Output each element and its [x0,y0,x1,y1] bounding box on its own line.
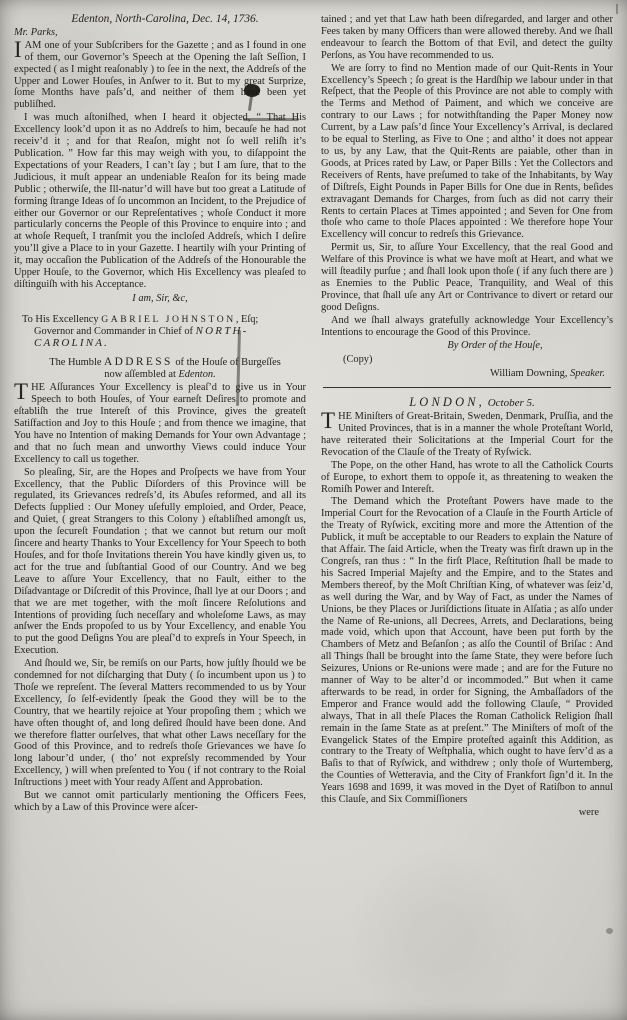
recipient-prefix: To His Excellency [22,314,101,325]
address-continuation-paragraph: We are ſorry to find no Mention made of … [321,63,613,242]
address-word: ADDRESS [104,356,173,368]
news-paragraph: The Pope, on the other Hand, has wrote t… [321,460,613,496]
address-continuation-paragraph: And we ſhall always gratefully acknowled… [321,315,613,339]
london-dateline: LONDON, October 5. [321,397,613,410]
recipient-suffix: , Eſq; [236,314,259,325]
recipient-block: To His Excellency GABRIEL JOHNSTON, Eſq;… [14,314,306,350]
column-left: Edenton, North-Carolina, Dec. 14, 1736. … [14,14,306,820]
letter-paragraph: I was much aſtoniſhed, when I heard it o… [14,112,306,291]
address-continuation-paragraph: tained ; and yet that Law hath been diſr… [321,14,613,62]
recipient-title: Governor and Commander in Chief of [34,326,196,337]
salutation: Mr. Parks, [14,27,306,39]
newspaper-page: Edenton, North-Carolina, Dec. 14, 1736. … [0,0,627,1020]
london-date: October 5. [485,397,535,409]
copy-label: (Copy) [321,354,613,366]
address-continuation-paragraph: Permit us, Sir, to aſſure Your Excellenc… [321,242,613,313]
news-paragraph: The Demand which the Proteſtant Powers h… [321,496,613,806]
catchword: were [321,807,613,819]
signature-title: Speaker. [570,368,605,379]
letter-paragraph: I AM one of your Subſcribers for the Gaz… [14,40,306,111]
address-paragraph: But we cannot omit particularly mentioni… [14,790,306,814]
recipient-place-2: CAROLINA. [34,337,109,349]
address-paragraph: THE Aſſurances Your Excellency is pleaſ’… [14,382,306,465]
address-heading: The Humble ADDRESS of the Houſe of Burge… [14,357,306,381]
london-place: LONDON, [409,395,485,409]
signature-block: By Order of the Houſe, (Copy) William Do… [321,340,613,380]
address-paragraph: So pleaſing, Sir, are the Hopes and Proſ… [14,467,306,658]
dateline: Edenton, North-Carolina, Dec. 14, 1736. [14,14,306,26]
edge-mark [606,928,613,934]
column-rule [323,387,611,388]
signature-name: William Downing, [490,368,570,379]
edge-tick [616,4,618,14]
column-right: tained ; and yet that Law hath been diſr… [321,14,613,820]
recipient-place: NORTH- [196,325,249,337]
recipient-name: GABRIEL JOHNSTON [101,314,236,325]
column-layout: Edenton, North-Carolina, Dec. 14, 1736. … [0,0,627,820]
heading-place: Edenton. [178,369,215,380]
address-paragraph: And ſhould we, Sir, be remiſs on our Par… [14,658,306,789]
signoff: I am, Sir, &c, [14,293,306,305]
news-paragraph: THE Miniſters of Great-Britain, Sweden, … [321,411,613,459]
ink-smudge [243,118,299,121]
by-order-line: By Order of the Houſe, [321,340,613,352]
